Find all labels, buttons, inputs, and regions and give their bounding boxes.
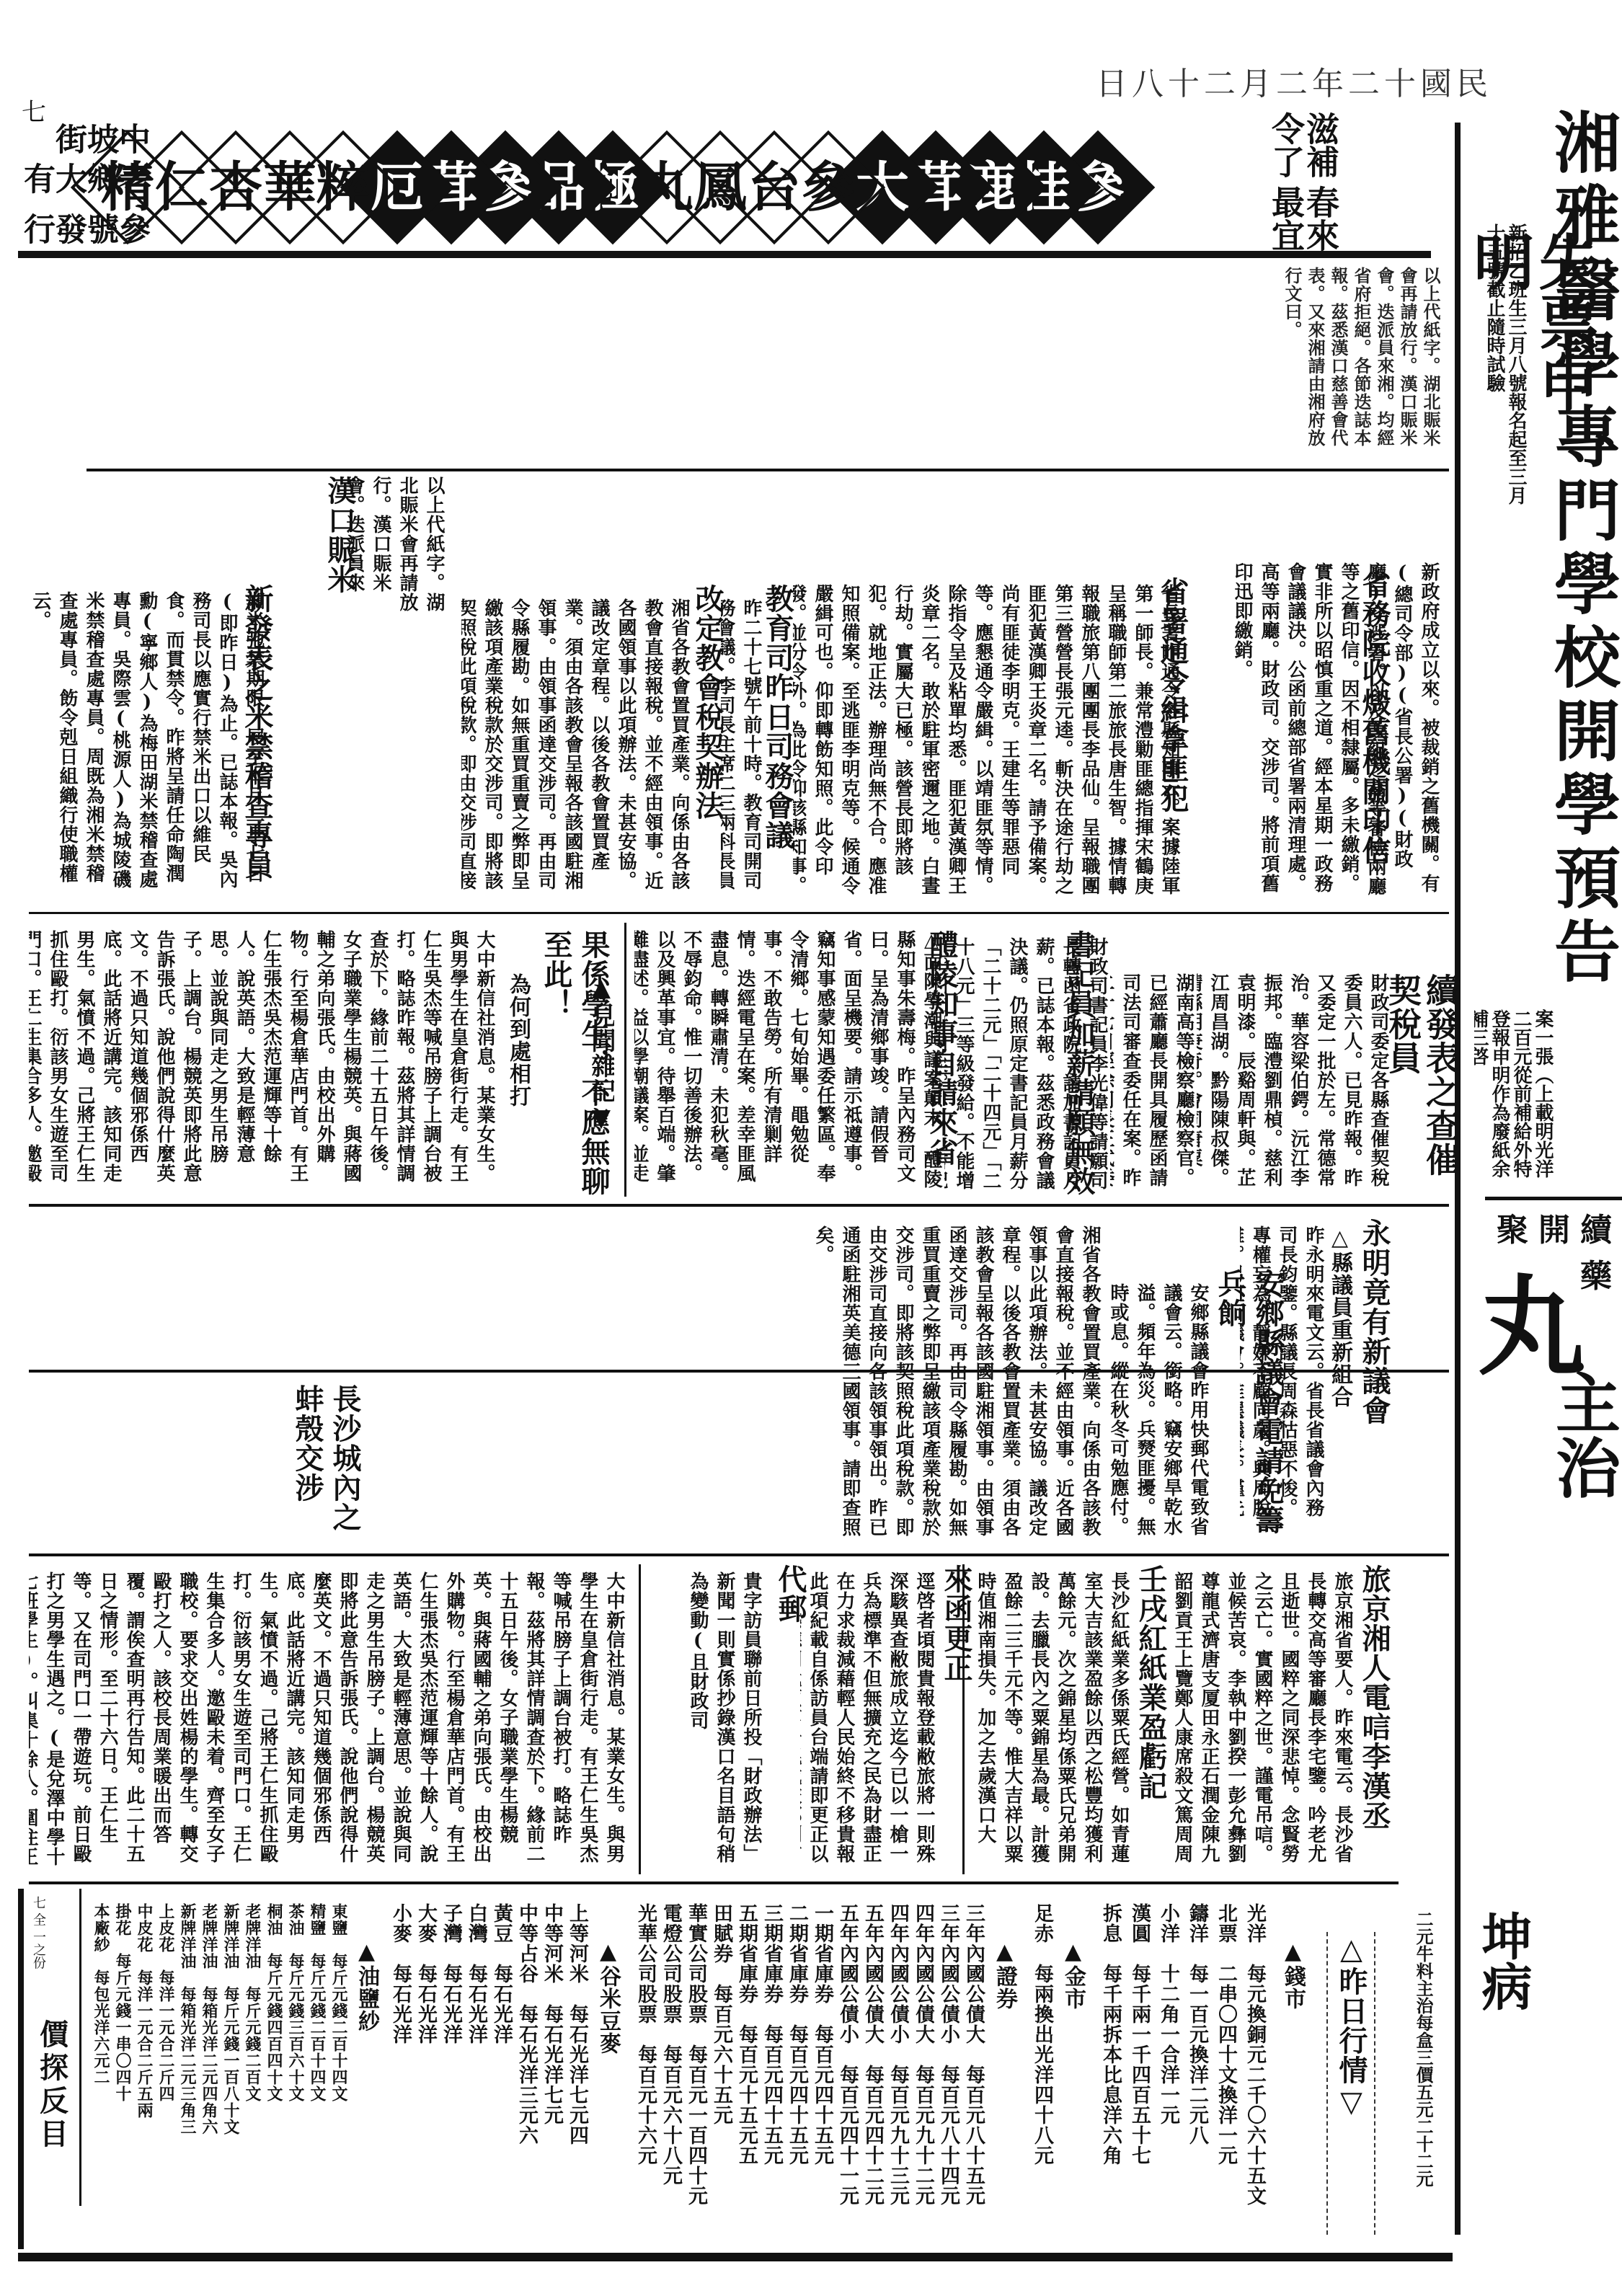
bottom-left-ad: 七 全 一之份 價 探 反 目 [29,1896,79,2242]
masthead-extra: 案一張（上載明光洋二百元從前補給外特登報申明作為廢紙余補三啓 [1474,1009,1554,1182]
ad-rule [1485,1197,1622,1200]
market-section: △昨日行情▽ ▲錢市 光洋 每元換銅元二千〇六十五文 北票 二串〇四十文換洋一元… [87,1889,1399,2249]
article-headline: 教育司昨日司務會議 [758,584,796,887]
handwritten-date: 民國十二年二月二十八日 [1096,58,1492,104]
market-row: 田賦券 每百元六十五元 [706,1903,735,2235]
market-row: 子灣 每石光洋 [436,1903,465,2235]
page-bottom-rule [18,2253,1453,2261]
market-row: 二期省庫券 每百元四十五元 [782,1903,811,2235]
article-headline: 長沙城內之蚌殼交涉 [288,1384,363,1543]
article-body: 湘省各教會置買產業。向係由各該教會直接報稅。並不經由領事。近各國領事以此項辦法。… [29,1225,1103,1543]
article-subhead: △縣議員重新組合 [1326,1225,1353,1442]
article-headline: 果係學生，不應無聊至此！ [537,930,612,1204]
article-body: 大中新信社消息。某業女生。與男學生在皇倉街行走。有王仁生吳杰等喊吊膀子上調台被打… [29,1572,627,1874]
market-row: 三年內國公債小 每百元八十四元 [934,1903,962,2235]
article-body: 湖南高等檢察廳檢察官。已經蕭廳長開具履歷函請司法司審查委任在案。昨二十七日經徐司… [1110,973,1197,1197]
market-row: 小麥 每石光洋 [386,1903,415,2235]
article-body: 昨二十七號午前十時。教育司開司務會議。李司長主席二三兩科長員均列席。討論司務。 [721,598,764,901]
market-row: 五年內國公債大 每百元四十二元 [858,1903,887,2235]
article-body: 貴字訪員聯前日所投「財政辦法」新聞一則實係抄錄漢口名目語句稍為變動(且財政司 [634,1572,764,1874]
market-row: 五年內國公債小 每百元四十一元 [833,1903,861,2235]
section-rule [29,1881,1399,1884]
market-row: 三年內國公債大 每百元八十五元 [959,1903,988,2235]
market-row: 黃豆 每石光洋 [487,1903,515,2235]
market-row: 北票 二串〇四十文換洋一元 [1211,1903,1240,2235]
article-headline: 永明竟有新議會 [1355,1218,1393,1463]
banner-bottom-rule [18,251,1431,258]
article-body: 長沙紅紙業多係粟氏經營。如青蓮室大吉該業盈餘以西之松豐均獲利萬餘元。次之錦星均係… [973,1572,1132,1874]
article-headline: 新發表之米禁稽查專員 [238,584,275,887]
article-headline: 代郵 [771,1564,809,1708]
article-headline: 省務院收燬舊機關印信 [1355,569,1393,901]
article-headline: 旅京湘人電唁李漢丞 [1355,1564,1393,1867]
market-row: 鑄洋 每一百元換洋二元八 [1182,1903,1211,2235]
market-row: 電燈公司股票 每百元六十八元 [656,1903,685,2235]
article-headline: 續發表之查催契稅員 [1384,973,1459,1197]
market-section-title: ▲谷米豆麥 [595,1939,621,2112]
article-subhead: 為何到處相打 [505,973,531,1189]
article-body: 湘米弛禁期限。展至本月二十七日(即昨日)為止。已誌本報。吳內務司長以應實行禁米出… [29,591,267,901]
market-section-title: ▲錢市 [1280,1939,1306,2083]
section-rule [29,912,1449,914]
market-row: 上等河米 每石光洋七元四 [562,1903,591,2235]
article-headline: 漢口賑米 [321,476,358,620]
article-body: 大中新信社消息。某業女生。與男學生在皇倉街行走。有王仁生吳杰等喊吊膀子上調台被打… [29,930,497,1197]
article-body: 安鄉縣議會昨用快郵代電致省議會云。銜略。竊安鄉旱乾水溢。頻年為災。兵燹匪擾。無時… [1110,1283,1211,1543]
section-rule [29,1204,1449,1207]
slogan-line: 滋補令了 [1269,112,1338,182]
market-title: △昨日行情▽ [1326,1932,1375,2235]
article-headline: 醴陵知事自請來省 [923,930,960,1204]
market-row: 足赤 每兩換出光洋四十八元 [1027,1903,1056,2235]
market-row: 五期省庫券 每百元十五元五 [732,1903,761,2235]
market-row: 中等占谷 每石光洋三元六 [512,1903,541,2235]
article-headline: 安鄉縣議會電請免籌兵餉 [1211,1269,1286,1543]
article-headline: 書記員加薪請願無效 [1060,930,1097,1204]
market-section-title: ▲油鹽紗 [353,1939,380,2112]
ad-char: 探 [40,2052,68,2085]
market-row: 四年內國公債大 每百元九十二元 [908,1903,937,2235]
market-row: 漢圓 每千兩一千四百五十七 [1125,1903,1153,2235]
market-row: 四年內國公債小 每百元九十三元 [883,1903,912,2235]
triangle-up-icon: △ [1334,1932,1368,1967]
article-body: 新政府成立以來。被裁銷之舊機關。有(總司令部)(省長公署)(財政廳)交涉署。以及… [1197,562,1442,901]
article-headline: 省署通令緝拿匪犯 [1153,577,1191,879]
article-body: 逕啓者頃閱貴報登載敝旅將一則殊深駭異查敝旅成立迄今已以一槍一兵為標準不但無擴充之… [800,1572,937,1874]
article-body: 旅京湘省要人。昨來電云。長沙省長轉交高等審廳長李宅鑒。吟老尤且逝世。國粹之同深悲… [1168,1572,1355,1874]
market-row: 拆息 每千兩拆本比息洋六角 [1096,1903,1125,2235]
article-body: 以上代紙字。湖北賑米會再請放行。漢口賑米會。迭派員來湘。均經省府拒絕。各節迭誌本… [346,476,447,620]
market-row: 三期省庫券 每百元四十五元 [757,1903,786,2235]
product-banner: 參 桂 鹿 茸 大 參 台 鳳 丸 極 品 參 茸 厄 粹 華 杏 仁 精 [101,130,1125,245]
column-divider [639,1564,641,1874]
market-section-title: ▲金市 [1060,1939,1086,2083]
article-body: △面陳學潮與議案顛末 醴陵縣知事朱壽梅。昨呈內務司文曰。呈為清鄉事竣。請假晉省。… [634,930,944,1197]
market-row: 華實公司股票 每百元一百四十元 [681,1903,710,2235]
slogan-line: 春來最宜 [1269,185,1338,256]
ad-char: 目 [40,2118,68,2151]
ad-divider [79,1889,81,2206]
market-section-title: ▲證券 [991,1939,1018,2083]
triangle-down-icon: ▽ [1334,2085,1368,2119]
article-body: 財政司委定各縣查催契稅委員六人。已見昨報。昨又委定一批於左。常德常治。華容梁伯鍔… [1197,973,1391,1197]
medicine-bottom-big: 坤病 [1467,1910,1540,2011]
article-headline: 壬戌紅紙業盈虧記 [1132,1564,1169,1867]
slogan-block: 滋補令了 春來最宜 [1269,112,1338,256]
market-row: 光華公司股票 每百元十六元 [631,1903,660,2235]
section-rule [29,1553,1449,1556]
article-body: 省長署昨通令各縣知事云。案據陸軍第一師長。兼常澧勦匪總指揮宋鶴庚呈稱職師第二旅旅… [793,584,1182,901]
market-row: 小洋 十二角一合洋一元 [1153,1903,1182,2235]
ad-char: 價 [40,2018,68,2052]
market-row: 一期省庫券 每百元四十五元 [807,1903,836,2235]
ad-caption: 七 全 一之份 [29,1896,48,2004]
lost-ticket-notice: 失票申明 [1467,231,1597,469]
market-row: 白灣 每石光洋 [461,1903,490,2235]
column-divider [624,923,626,1197]
market-row: 中等河米 每石光洋七元 [537,1903,566,2235]
price-listing: 以上代紙字。湖北賑米會再請放行。漢口賑米會。迭派員來湘。均經省府拒絕。各節迭誌本… [29,267,1442,461]
market-row: 大麥 每石光洋 [411,1903,440,2235]
ad-char: 反 [40,2085,68,2118]
section-rule [87,469,1449,471]
medicine-subtitle: 主治 [1535,1370,1622,1499]
market-row: 光洋 每元換銅元二千〇六十五文 [1240,1903,1269,2235]
article-headline: 改定教會稅契辦法 [688,584,726,887]
page-left-rule [18,1889,24,2249]
column-divider [962,1564,965,1874]
medicine-price: 二元牛料主治每盒三價五元二十二元 [1413,1910,1433,2271]
market-row: 本廠紗 每包光洋六元二 [87,1903,115,2235]
article-headline: 來函更正 [937,1564,975,1781]
article-body: 湘省各教會置買產業。向係由各該教會直接報稅。並不經由領事。近各國領事以此項辦法。… [461,598,692,901]
